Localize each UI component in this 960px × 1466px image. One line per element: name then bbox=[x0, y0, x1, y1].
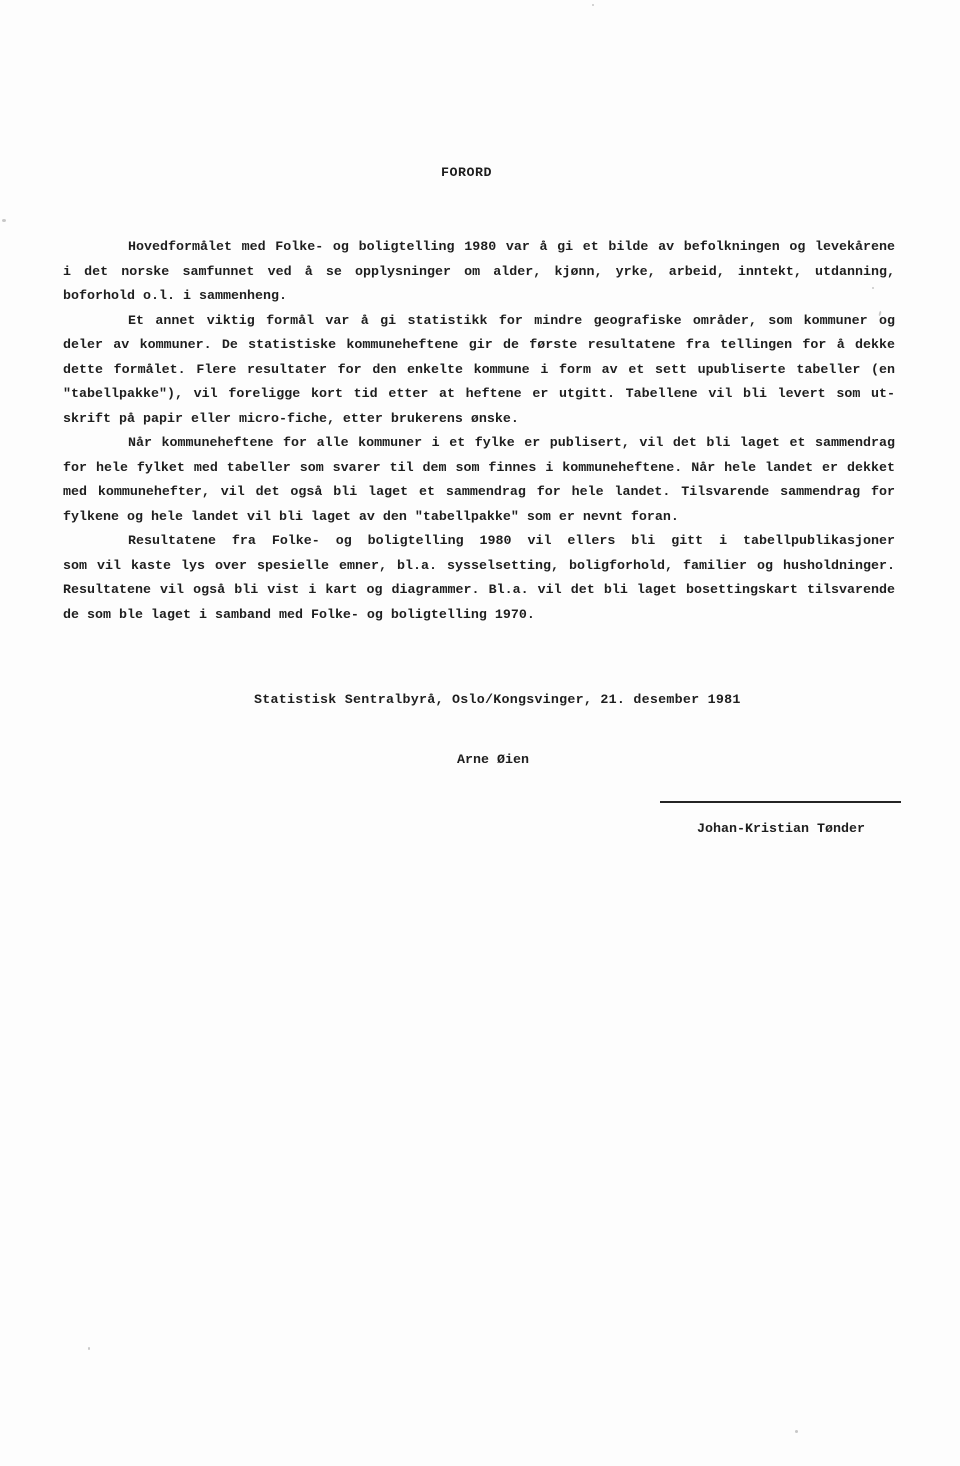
scan-artifact bbox=[795, 1430, 798, 1433]
paragraph-line: deler av kommuner. De statistiske kommun… bbox=[63, 334, 895, 359]
paragraph-line: Et annet viktig formål var å gi statisti… bbox=[63, 310, 895, 335]
paragraph-line: som vil kaste lys over spesielle emner, … bbox=[63, 555, 895, 580]
paragraph-line: skrift på papir eller micro-fiche, etter… bbox=[63, 408, 895, 433]
signature-rule bbox=[660, 801, 901, 803]
paragraph-line: "tabellpakke"), vil foreligge kort tid e… bbox=[63, 383, 895, 408]
paragraph-line: Hovedformålet med Folke- og boligtelling… bbox=[63, 236, 895, 261]
paragraph-line: Når kommuneheftene for alle kommuner i e… bbox=[63, 432, 895, 457]
signature-name-johan-kristian-tonder: Johan-Kristian Tønder bbox=[697, 823, 865, 836]
paragraph-line: dette formålet. Flere resultater for den… bbox=[63, 359, 895, 384]
signature-name-arne-oien: Arne Øien bbox=[457, 754, 529, 767]
paragraph-line: fylkene og hele landet vil bli laget av … bbox=[63, 506, 895, 531]
scan-artifact bbox=[872, 287, 874, 289]
paragraph-line: Resultatene vil også bli vist i kart og … bbox=[63, 579, 895, 604]
dateline: Statistisk Sentralbyrå, Oslo/Kongsvinger… bbox=[254, 694, 741, 707]
paragraph-line: med kommunehefter, vil det også bli lage… bbox=[63, 481, 895, 506]
paragraph-line: boforhold o.l. i sammenheng. bbox=[63, 285, 895, 310]
foreword-body: Hovedformålet med Folke- og boligtelling… bbox=[63, 236, 895, 629]
scanned-document-page: { "doc": { "title": "FORORD", "paragraph… bbox=[0, 0, 960, 1466]
paragraph-line: Resultatene fra Folke- og boligtelling 1… bbox=[63, 530, 895, 555]
paragraph-line: i det norske samfunnet ved å se opplysni… bbox=[63, 261, 895, 286]
scan-artifact bbox=[592, 4, 594, 6]
scan-artifact bbox=[2, 219, 6, 222]
paragraph-line: de som ble laget i samband med Folke- og… bbox=[63, 604, 895, 629]
page-title: FORORD bbox=[441, 167, 492, 180]
scan-artifact bbox=[88, 1347, 90, 1350]
paragraph-line: for hele fylket med tabeller som svarer … bbox=[63, 457, 895, 482]
